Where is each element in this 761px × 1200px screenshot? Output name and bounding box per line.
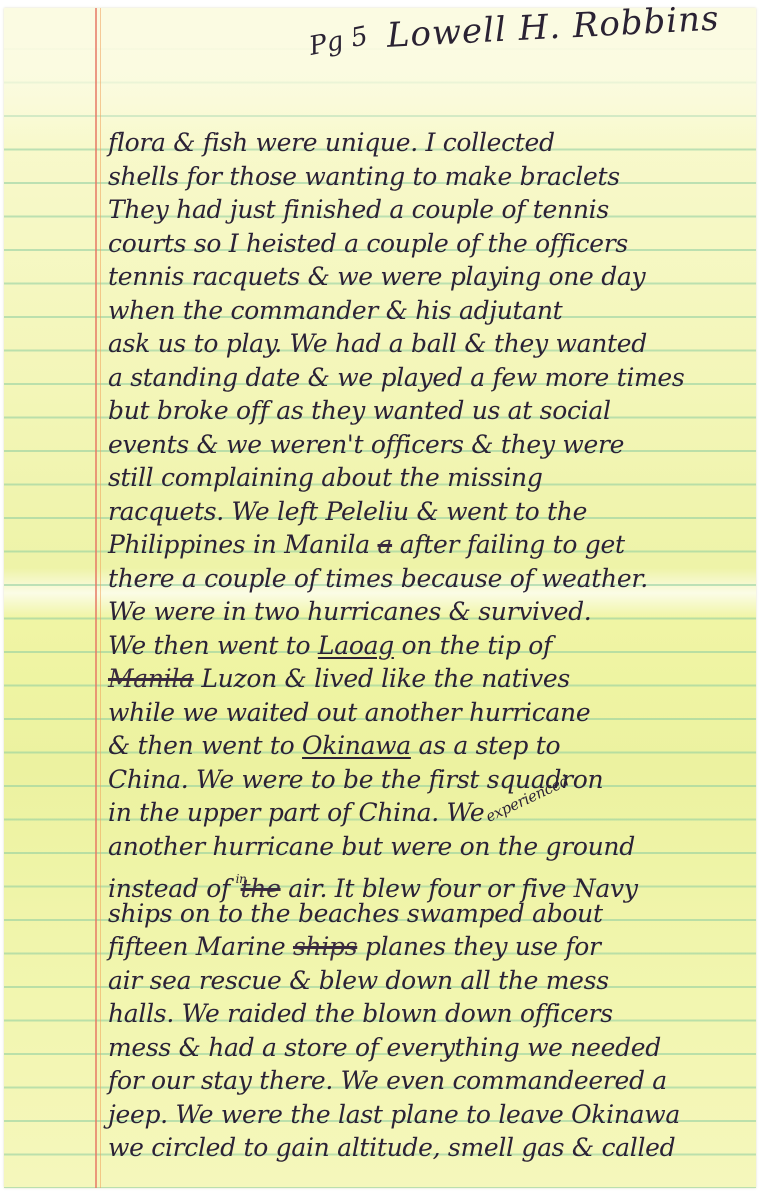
line-text: Philippines in Manila	[108, 530, 377, 559]
margin-line-orange	[100, 8, 101, 1188]
handwritten-line: there a couple of times because of weath…	[108, 562, 758, 596]
handwritten-line: air sea rescue & blew down all the mess	[108, 964, 758, 998]
struck-word: ships	[293, 932, 357, 961]
handwritten-line: We then went to Laoag on the tip of	[108, 629, 758, 663]
handwritten-line: for our stay there. We even commandeered…	[108, 1064, 758, 1098]
handwritten-line: & then went to Okinawa as a step to	[108, 729, 758, 763]
handwritten-line: fifteen Marine ships planes they use for	[108, 930, 758, 964]
line-text: for our stay there. We even commandeered…	[108, 1066, 667, 1095]
handwritten-line: jeep. We were the last plane to leave Ok…	[108, 1098, 758, 1132]
line-text: courts so I heisted a couple of the offi…	[108, 229, 628, 258]
handwritten-line: halls. We raided the blown down officers	[108, 997, 758, 1031]
line-text: we circled to gain altitude, smell gas &…	[108, 1133, 675, 1162]
line-text: Luzon & lived like the natives	[194, 664, 570, 693]
line-text: We were in two hurricanes & survived.	[108, 597, 591, 626]
handwritten-line: but broke off as they wanted us at socia…	[108, 394, 758, 428]
line-text: ships on to the beaches swamped about	[108, 899, 603, 928]
handwritten-line: we circled to gain altitude, smell gas &…	[108, 1131, 758, 1165]
line-text: flora & fish were unique. I collected	[108, 128, 555, 157]
line-text: ask us to play. We had a ball & they wan…	[108, 329, 647, 358]
underlined-word: Laoag	[318, 631, 394, 660]
margin-line-red	[95, 8, 97, 1188]
line-text: jeep. We were the last plane to leave Ok…	[108, 1100, 680, 1129]
line-text: still complaining about the missing	[108, 463, 543, 492]
handwritten-line: a standing date & we played a few more t…	[108, 361, 758, 395]
handwritten-line: ask us to play. We had a ball & they wan…	[108, 327, 758, 361]
handwritten-line: We were in two hurricanes & survived.	[108, 595, 758, 629]
line-text: while we waited out another hurricane	[108, 698, 590, 727]
line-text: another hurricane but were on the ground	[108, 832, 635, 861]
handwritten-line: tennis racquets & we were playing one da…	[108, 260, 758, 294]
line-text: fifteen Marine	[108, 932, 293, 961]
line-text: after failing to get	[392, 530, 625, 559]
handwritten-line: still complaining about the missing	[108, 461, 758, 495]
handwritten-line: They had just finished a couple of tenni…	[108, 193, 758, 227]
line-text: in the upper part of China. We	[108, 798, 492, 827]
handwritten-line: events & we weren't officers & they were	[108, 428, 758, 462]
page-number: Pg 5	[307, 21, 371, 62]
handwritten-line: flora & fish were unique. I collected	[108, 126, 758, 160]
handwritten-line: mess & had a store of everything we need…	[108, 1031, 758, 1065]
handwritten-line: Manila Luzon & lived like the natives	[108, 662, 758, 696]
handwritten-line: while we waited out another hurricane	[108, 696, 758, 730]
handwritten-line: instead of inthe air. It blew four or fi…	[108, 863, 758, 897]
line-text: on the tip of	[394, 631, 552, 660]
line-text: They had just finished a couple of tenni…	[108, 195, 609, 224]
handwritten-body: flora & fish were unique. I collectedshe…	[108, 126, 758, 1165]
line-text: but broke off as they wanted us at socia…	[108, 396, 611, 425]
line-text: air sea rescue & blew down all the mess	[108, 966, 609, 995]
line-text: when the commander & his adjutant	[108, 296, 562, 325]
line-text: shells for those wanting to make braclet…	[108, 162, 620, 191]
handwritten-line: when the commander & his adjutant	[108, 294, 758, 328]
handwritten-line: Philippines in Manila a after failing to…	[108, 528, 758, 562]
handwritten-line: ships on to the beaches swamped about	[108, 897, 758, 931]
struck-word: a	[377, 530, 392, 559]
line-text: halls. We raided the blown down officers	[108, 999, 613, 1028]
line-text: events & we weren't officers & they were	[108, 430, 624, 459]
line-text: & then went to	[108, 731, 302, 760]
line-text: racquets. We left Peleliu & went to the	[108, 497, 587, 526]
handwritten-line: another hurricane but were on the ground	[108, 830, 758, 864]
handwritten-line: in the upper part of China. We experienc…	[108, 796, 758, 830]
line-text: as a step to	[411, 731, 560, 760]
line-text: a standing date & we played a few more t…	[108, 363, 684, 392]
line-text: there a couple of times because of weath…	[108, 564, 648, 593]
handwritten-line: racquets. We left Peleliu & went to the	[108, 495, 758, 529]
handwritten-line: China. We were to be the first squadron	[108, 763, 758, 797]
line-text: tennis racquets & we were playing one da…	[108, 262, 645, 291]
underlined-word: Okinawa	[302, 731, 411, 760]
handwritten-line: courts so I heisted a couple of the offi…	[108, 227, 758, 261]
struck-word: Manila	[108, 664, 194, 693]
line-text: We then went to	[108, 631, 318, 660]
line-text: mess & had a store of everything we need…	[108, 1033, 661, 1062]
handwritten-line: shells for those wanting to make braclet…	[108, 160, 758, 194]
line-text: planes they use for	[357, 932, 600, 961]
